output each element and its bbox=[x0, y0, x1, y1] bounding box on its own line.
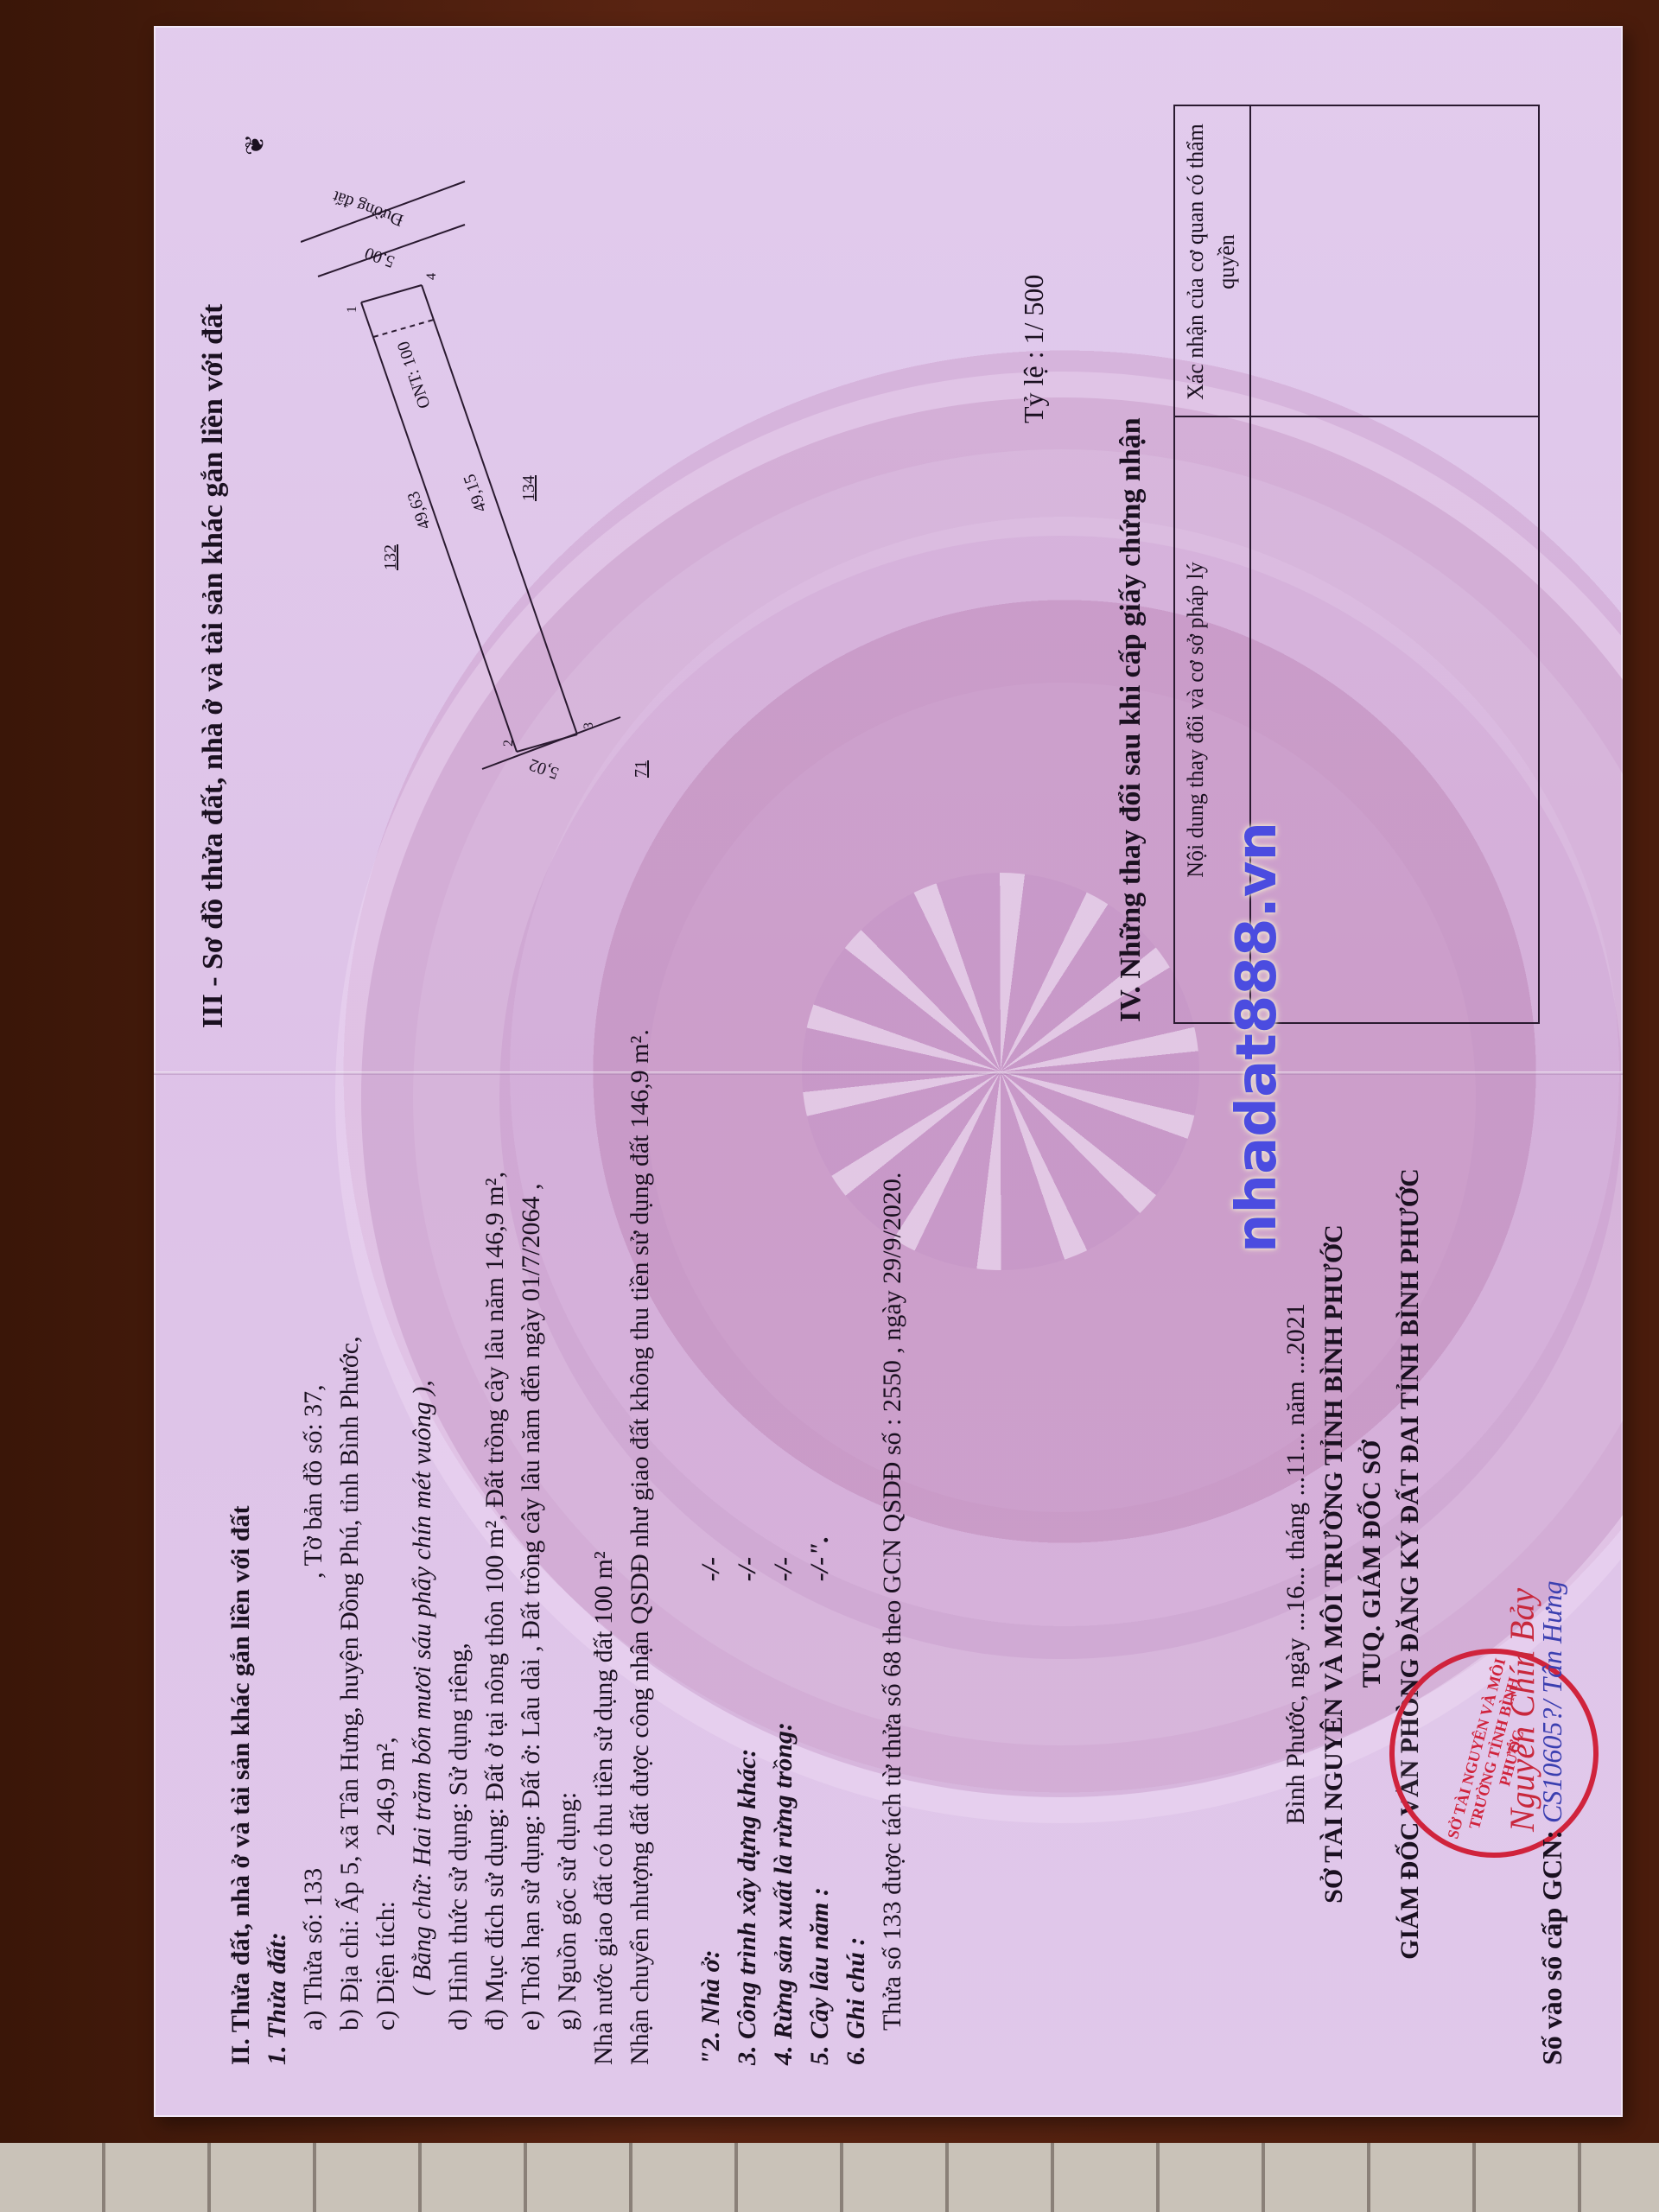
origin-allocated: Nhà nước giao đất có thu tiền sử dụng đấ… bbox=[586, 1097, 622, 2065]
area-row: c) Diện tích: 246,9 m², bbox=[368, 1097, 404, 2065]
use-form: d) Hình thức sử dụng: Sử dụng riêng, bbox=[441, 1097, 477, 2065]
perennial-value: -/-". bbox=[802, 1536, 838, 1581]
corner-3: 3 bbox=[582, 722, 596, 729]
section-2-title: II. Thửa đất, nhà ở và tài sản khác gắn … bbox=[223, 1097, 259, 2065]
perennial-label: 5. Cây lâu năm : bbox=[805, 1887, 834, 2065]
land-heading: 1. Thửa đất: bbox=[259, 1097, 296, 2065]
area-label: c) Diện tích: bbox=[372, 1901, 400, 2031]
authorization: TUQ. GIÁM ĐỐC SỞ bbox=[1353, 1089, 1391, 2039]
corner-1: 1 bbox=[345, 306, 359, 313]
land-use-certificate: II. Thửa đất, nhà ở và tài sản khác gắn … bbox=[154, 26, 1623, 2117]
use-purpose: đ) Mục đích sử dụng: Đất ở tại nông thôn… bbox=[477, 1097, 513, 2065]
area-value: 246,9 m², bbox=[372, 1737, 400, 1836]
parcel-diagram: Đường đất 5,00 5,02 49,63 49,15 ONT: 100… bbox=[301, 95, 733, 786]
registry-label: Số vào sổ cấp GCN: bbox=[1536, 1830, 1567, 2065]
authority-confirmation-header: Xác nhận của cơ quan có thẩm quyền bbox=[1175, 106, 1251, 417]
issuing-office: GIÁM ĐỐC VĂN PHÒNG ĐĂNG KÝ ĐẤT ĐAI TỈNH … bbox=[1391, 1089, 1429, 2039]
forest-row: 4. Rừng sản xuất là rừng trồng: -/- bbox=[766, 1097, 802, 2065]
certificate-logo-icon: ❦ bbox=[240, 134, 270, 156]
neighbor-132: 132 bbox=[381, 544, 400, 570]
parcel-row: a) Thửa số: 133 , Tờ bản đồ số: 37, bbox=[296, 1097, 332, 2065]
parcel-side-b bbox=[422, 285, 577, 734]
signature-block: Bình Phước, ngày ...16... tháng ...11...… bbox=[1277, 1089, 1429, 2039]
edge-side-1-length: 49,63 bbox=[404, 489, 434, 532]
perennial-row: 5. Cây lâu năm : -/-". bbox=[802, 1097, 838, 2065]
construction-label: 3. Công trình xây dựng khác: bbox=[733, 1749, 761, 2065]
area-in-words: ( Bằng chữ: Hai trăm bốn mươi sáu phẩy c… bbox=[404, 1097, 441, 2065]
issuing-department: SỞ TÀI NGUYÊN VÀ MÔI TRƯỜNG TỈNH BÌNH PH… bbox=[1315, 1089, 1353, 2039]
site-watermark: nhadat888.vn bbox=[1225, 907, 1294, 1253]
use-term: e) Thời hạn sử dụng: Đất ở: Lâu dài , Đấ… bbox=[513, 1097, 550, 2065]
registry-value: CS10605?/ Tân Hưng bbox=[1536, 1580, 1567, 1823]
house-row: "2. Nhà ở: -/- bbox=[693, 1097, 729, 2065]
authority-confirmation-column: Xác nhận của cơ quan có thẩm quyền bbox=[1175, 106, 1538, 417]
parcel-side-a bbox=[361, 302, 517, 752]
floor-tiles bbox=[0, 2143, 1659, 2212]
edge-near-length: 5,02 bbox=[526, 754, 561, 783]
corner-2: 2 bbox=[501, 740, 516, 747]
parcel-number: a) Thửa số: 133 bbox=[299, 1868, 327, 2031]
land-code: ONT: 100 bbox=[394, 339, 435, 410]
map-sheet: , Tờ bản đồ số: 37, bbox=[299, 1384, 327, 1578]
origin-transferred: Nhận chuyển nhượng đất được công nhận QS… bbox=[622, 1097, 658, 2065]
address: b) Địa chỉ: Ấp 5, xã Tân Hưng, huyện Đồn… bbox=[332, 1097, 368, 2065]
notes-label: 6. Ghi chú : bbox=[838, 1097, 874, 2065]
road-label: Đường đất bbox=[330, 187, 406, 230]
edge-side-2-length: 49,15 bbox=[460, 472, 490, 515]
construction-value: -/- bbox=[729, 1557, 766, 1581]
house-label: "2. Nhà ở: bbox=[696, 1949, 725, 2065]
forest-label: 4. Rừng sản xuất là rừng trồng: bbox=[769, 1722, 798, 2065]
house-value: -/- bbox=[693, 1557, 729, 1581]
parcel-end-road bbox=[361, 285, 422, 302]
section-land-details: II. Thửa đất, nhà ở và tài sản khác gắn … bbox=[223, 1097, 911, 2065]
origin-heading: g) Nguồn gốc sử dụng: bbox=[550, 1097, 586, 2065]
map-scale: Tỷ lệ : 1/ 500 bbox=[1018, 275, 1050, 423]
neighbor-134: 134 bbox=[519, 475, 538, 501]
registry-number: Số vào sổ cấp GCN: CS10605?/ Tân Hưng bbox=[1536, 1580, 1568, 2065]
certificate-content: II. Thửa đất, nhà ở và tài sản khác gắn … bbox=[154, 26, 1623, 2117]
section-4-title: IV. Những thay đổi sau khi cấp giấy chứn… bbox=[1115, 417, 1147, 1022]
residential-boundary bbox=[373, 320, 434, 337]
neighbor-71: 71 bbox=[632, 760, 651, 778]
forest-value: -/- bbox=[766, 1557, 802, 1581]
section-3-title: III - Sơ đồ thửa đất, nhà ở và tài sản k… bbox=[197, 304, 230, 1028]
construction-row: 3. Công trình xây dựng khác: -/- bbox=[729, 1097, 766, 2065]
edge-road-length: 5,00 bbox=[362, 243, 397, 271]
notes-value: Thửa số 133 được tách từ thửa số 68 theo… bbox=[874, 1097, 911, 2065]
corner-4: 4 bbox=[424, 273, 439, 280]
